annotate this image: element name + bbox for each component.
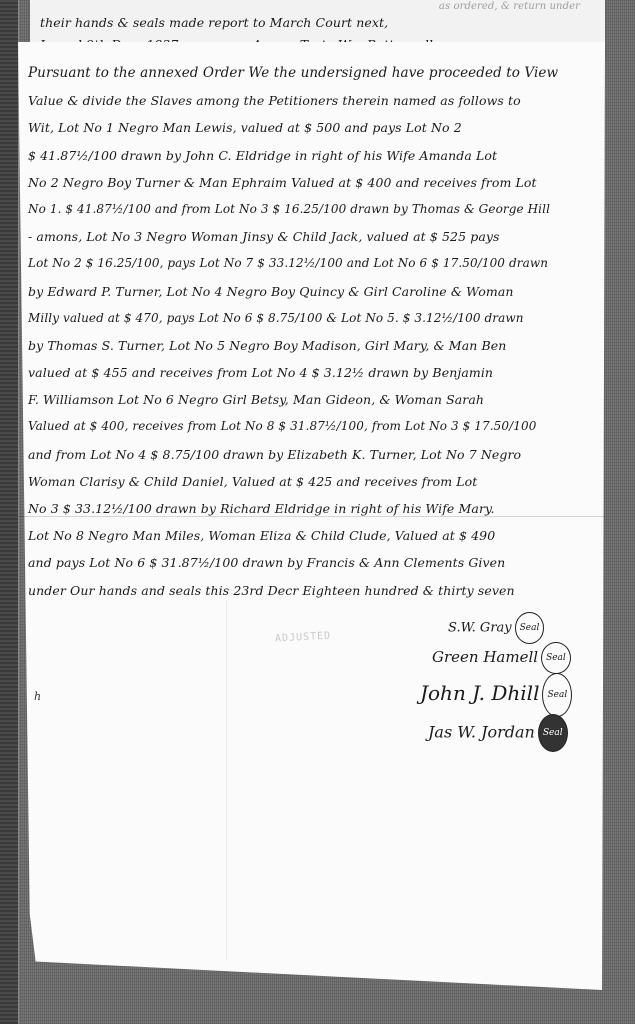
signer-name: John J. Dhill [420,681,539,705]
body-line: Wit, Lot No 1 Negro Man Lewis, valued at… [28,114,598,141]
signature: Jas W. JordanSeal [428,714,600,750]
body-line: F. Williamson Lot No 6 Negro Girl Betsy,… [28,386,598,413]
document-body: Pursuant to the annexed Order We the und… [28,60,598,604]
vertical-crease [226,600,227,960]
body-line: No 2 Negro Boy Turner & Man Ephraim Valu… [28,169,598,196]
signature: Green HamellSeal [432,642,600,672]
body-line: Woman Clarisy & Child Daniel, Valued at … [28,468,598,495]
body-line: No 1. $ 41.87½/100 and from Lot No 3 $ 1… [28,196,598,223]
body-line: and from Lot No 4 $ 8.75/100 drawn by El… [28,441,598,468]
seal-icon: Seal [515,612,545,644]
signer-name: S.W. Gray [448,621,512,636]
body-line: Valued at $ 400, receives from Lot No 8 … [28,413,598,440]
body-line: No 3 $ 33.12½/100 drawn by Richard Eldri… [28,495,598,522]
seal-icon: Seal [538,714,568,752]
body-line: Lot No 2 $ 16.25/100, pays Lot No 7 $ 33… [28,250,598,277]
signer-name: Green Hamell [432,648,538,666]
margin-mark: h [34,690,41,703]
body-line: by Thomas S. Turner, Lot No 5 Negro Boy … [28,332,598,359]
body-line: Value & divide the Slaves among the Peti… [28,87,598,114]
body-line: Milly valued at $ 470, pays Lot No 6 $ 8… [28,305,598,332]
body-line: valued at $ 455 and receives from Lot No… [28,359,598,386]
seal-icon: Seal [541,642,571,674]
body-line: by Edward P. Turner, Lot No 4 Negro Boy … [28,278,598,305]
body-line: $ 41.87½/100 drawn by John C. Eldridge i… [28,142,598,169]
body-line: and pays Lot No 6 $ 31.87½/100 drawn by … [28,549,598,576]
signature: S.W. GraySeal [448,612,600,642]
body-line: - amons, Lot No 3 Negro Woman Jinsy & Ch… [28,223,598,250]
body-line: under Our hands and seals this 23rd Decr… [28,577,598,604]
signer-name: Jas W. Jordan [428,723,535,742]
body-line: Lot No 8 Negro Man Miles, Woman Eliza & … [28,522,598,549]
signature: John J. DhillSeal [420,672,600,714]
top-line-1: their hands & seals made report to March… [40,12,580,34]
signature-block: S.W. GraySeal Green HamellSeal John J. D… [420,612,600,750]
seal-icon: Seal [542,673,572,717]
top-fragment: as ordered, & return under [40,2,580,12]
scanner-left-edge [0,0,19,1024]
body-line: Pursuant to the annexed Order We the und… [28,60,598,87]
